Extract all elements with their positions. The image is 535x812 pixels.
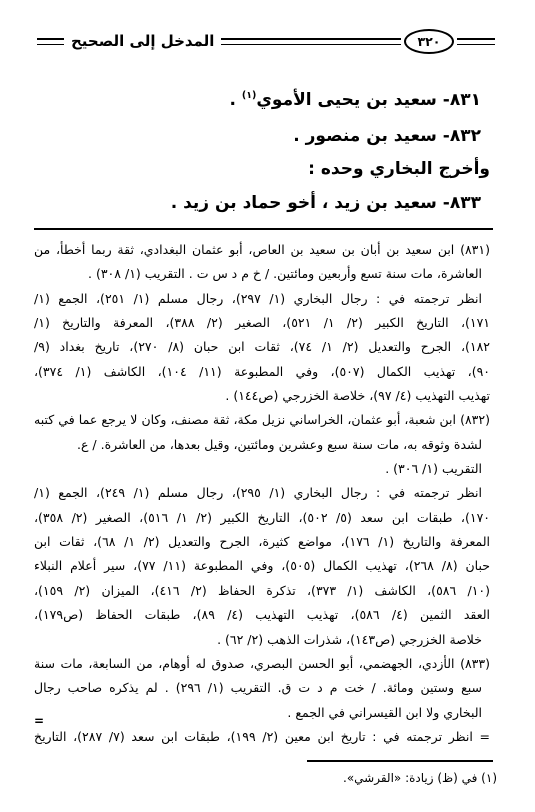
- footnote-line: المعرفة والتاريخ (١/ ١٧٦)، مواضع كثيرة، …: [34, 530, 490, 554]
- footnote-line: تهذيب التهذيب (٤/ ٩٧)، خلاصة الخزرجي (ص١…: [34, 384, 490, 408]
- footnote-line: (٨٣٣) الأزدي، الجهضمي، أبو الحسن البصري،…: [34, 652, 490, 676]
- header-rule-middle: [221, 38, 401, 45]
- footnote-line: العقد الثمين (٤/ ٥٨٦)، تهذيب التهذيب (٤/…: [34, 603, 490, 627]
- page-header: المدخل إلى الصحيح ٣٢٠: [37, 27, 495, 55]
- footnote-line: لشدة وثوقه به، مات سنة سبع وعشرين ومائتي…: [34, 433, 490, 457]
- footnote-line: انظر ترجمته في : رجال البخاري (١/ ٢٩٥)، …: [34, 481, 490, 505]
- footnote-line: (١٠/ ٥٨٦)، الكاشف (١/ ٣٧٣)، تذكرة الحفاظ…: [34, 579, 490, 603]
- entry-831-text: ٨٣١- سعيد بن يحيى الأموي: [256, 90, 481, 110]
- footnote-line: انظر ترجمته في : رجال البخاري (١/ ٢٩٧)، …: [34, 287, 490, 311]
- book-page: المدخل إلى الصحيح ٣٢٠ ٨٣١- سعيد بن يحيى …: [0, 0, 535, 812]
- footnotes-block: (٨٣١) ابن سعيد بن أبان بن سعيد بن العاص،…: [34, 238, 490, 749]
- footnote-line: العاشرة، مات سنة تسع وأربعين ومائتين. / …: [34, 262, 490, 286]
- footnote-line: حبان (٨/ ٢٦٨)، تهذيب الكمال (٥٠٥)، وفي ا…: [34, 554, 490, 578]
- footnote-line: ١٧١)، التاريخ الكبير (٢/ ١/ ٥٢١)، الصغير…: [34, 311, 490, 335]
- entry-833: ٨٣٣- سعيد بن زيد ، أخو حماد بن زيد .: [34, 187, 490, 221]
- header-rule-right: [457, 38, 495, 45]
- header-rule-left: [37, 38, 64, 45]
- book-title: المدخل إلى الصحيح: [64, 32, 221, 50]
- variant-note-separator: [307, 760, 493, 762]
- entry-831: ٨٣١- سعيد بن يحيى الأموي(١) .: [34, 84, 490, 120]
- footnote-line: خلاصة الخزرجي (ص١٤٣)، شذرات الذهب (٢/ ٦٢…: [34, 628, 490, 652]
- continuation-marker: =: [34, 709, 44, 725]
- footnote-line: ١٧٠)، طبقات ابن سعد (٥/ ٥٠٢)، التاريخ ال…: [34, 506, 490, 530]
- footnote-line: ٩٠)، تهذيب الكمال (٥٠٧)، وفي المطبوعة (١…: [34, 360, 490, 384]
- footnote-line-with-marker: =البخاري ولا ابن القيسراني في الجمع .: [34, 701, 490, 725]
- variant-note: (١) في (ظ) زيادة: «القرشي».: [34, 766, 497, 790]
- section-heading: وأخرج البخاري وحده :: [34, 153, 490, 187]
- page-number: ٣٢٠: [418, 34, 441, 49]
- footnote-separator: [34, 228, 493, 230]
- footnote-line-text: البخاري ولا ابن القيسراني في الجمع .: [287, 705, 482, 720]
- footnote-line: سبع وستين ومائة. / خت م د ت ق. التقريب (…: [34, 676, 490, 700]
- footnote-line: (٨٣٢) ابن شعبة، أبو عثمان، الخراساني نزي…: [34, 408, 490, 432]
- main-text-block: ٨٣١- سعيد بن يحيى الأموي(١) . ٨٣٢- سعيد …: [34, 84, 490, 220]
- footnote-line: = انظر ترجمته في : تاريخ ابن معين (٢/ ١٩…: [34, 725, 490, 749]
- page-number-oval: ٣٢٠: [404, 29, 454, 54]
- footnote-line: (٨٣١) ابن سعيد بن أبان بن سعيد بن العاص،…: [34, 238, 490, 262]
- footnote-ref-1: (١): [242, 90, 257, 101]
- footnote-line: ١٨٢)، الجرح والتعديل (٢/ ١/ ٧٤)، ثقات اب…: [34, 335, 490, 359]
- entry-832: ٨٣٢- سعيد بن منصور .: [34, 120, 490, 154]
- footnote-line: التقريب (١/ ٣٠٦) .: [34, 457, 490, 481]
- entry-831-tail: .: [229, 90, 241, 110]
